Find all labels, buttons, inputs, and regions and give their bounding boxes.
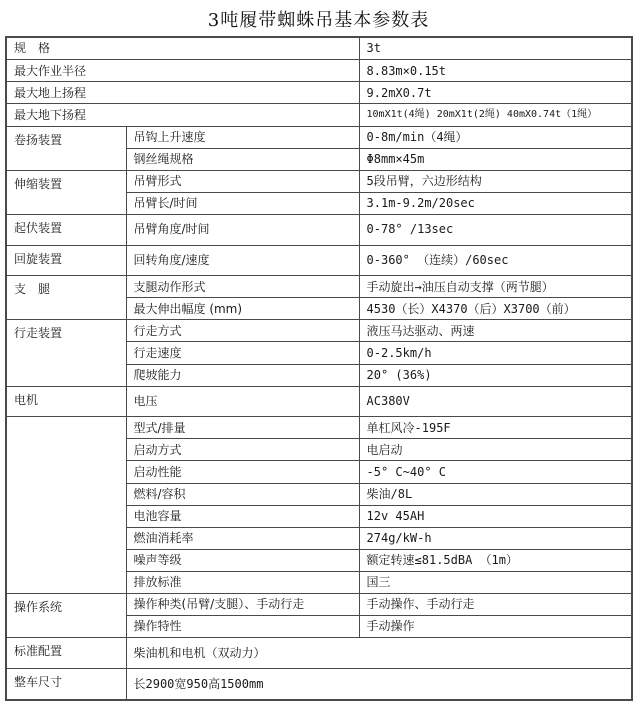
spec-value-cell: 9.2mX0.7t — [359, 82, 632, 104]
table-row: 规 格 3t — [6, 37, 632, 60]
spec-value-cell: 4530（长）X4370（后）X3700（前） — [359, 298, 632, 320]
spec-label-cell: 最大伸出幅度 (mm) — [126, 298, 359, 320]
spec-label-cell: 钢丝绳规格 — [126, 148, 359, 170]
spec-label-cell: 最大作业半径 — [6, 60, 359, 82]
spec-group-cell: 伸缩装置 — [6, 170, 126, 214]
spec-label-cell: 排放标准 — [126, 571, 359, 593]
spec-label-cell: 操作种类(吊臂/支腿）、手动行走 — [126, 593, 359, 615]
table-row: 型式/排量 单杠风冷-195F — [6, 417, 632, 439]
spec-value-cell: 274g/kW-h — [359, 527, 632, 549]
spec-value-cell: 20° (36%) — [359, 364, 632, 386]
spec-value-cell: 3t — [359, 37, 632, 60]
spec-value-cell: 电启动 — [359, 439, 632, 461]
spec-value-cell: 0-78° /13sec — [359, 214, 632, 245]
table-row: 标准配置 柴油机和电机（双动力） — [6, 638, 632, 669]
spec-value-cell: 10mX1t(4绳) 20mX1t(2绳) 40mX0.74t（1绳） — [359, 104, 632, 126]
table-row: 回旋装置 回转角度/速度 0-360° （连续）/60sec — [6, 245, 632, 276]
spec-group-cell: 整车尺寸 — [6, 668, 126, 700]
spec-label-cell: 吊钩上升速度 — [126, 126, 359, 148]
spec-group-cell: 行走装置 — [6, 320, 126, 386]
table-row: 最大地下扬程 10mX1t(4绳) 20mX1t(2绳) 40mX0.74t（1… — [6, 104, 632, 126]
spec-label-cell: 吊臂角度/时间 — [126, 214, 359, 245]
spec-label-cell: 燃油消耗率 — [126, 527, 359, 549]
spec-value-cell: 5段吊臂，六边形结构 — [359, 170, 632, 192]
spec-group-cell: 支 腿 — [6, 276, 126, 320]
spec-value-cell: 额定转速≤81.5dBA （1m） — [359, 549, 632, 571]
table-row: 操作系统 操作种类(吊臂/支腿）、手动行走 手动操作、手动行走 — [6, 593, 632, 615]
spec-value-cell: 长2900宽950高1500mm — [126, 668, 632, 700]
spec-label-cell: 回转角度/速度 — [126, 245, 359, 276]
spec-label-cell: 型式/排量 — [126, 417, 359, 439]
spec-value-cell: 单杠风冷-195F — [359, 417, 632, 439]
spec-value-cell: 0-360° （连续）/60sec — [359, 245, 632, 276]
spec-value-cell: 柴油/8L — [359, 483, 632, 505]
spec-label-cell: 电压 — [126, 386, 359, 417]
spec-group-cell: 电机 — [6, 386, 126, 417]
page-title: 3吨履带蜘蛛吊基本参数表 — [0, 0, 637, 36]
spec-label-cell: 爬坡能力 — [126, 364, 359, 386]
spec-label-cell: 噪声等级 — [126, 549, 359, 571]
spec-value-cell: AC380V — [359, 386, 632, 417]
spec-label-cell: 行走速度 — [126, 342, 359, 364]
spec-value-cell: Φ8mm×45m — [359, 148, 632, 170]
spec-value-cell: 0-2.5km/h — [359, 342, 632, 364]
spec-label-cell: 最大地上扬程 — [6, 82, 359, 104]
table-row: 卷扬装置 吊钩上升速度 0-8m/min（4绳） — [6, 126, 632, 148]
spec-label-cell: 行走方式 — [126, 320, 359, 342]
table-row: 伸缩装置 吊臂形式 5段吊臂，六边形结构 — [6, 170, 632, 192]
spec-value-cell: 8.83m×0.15t — [359, 60, 632, 82]
spec-group-cell: 卷扬装置 — [6, 126, 126, 170]
spec-label-cell: 吊臂形式 — [126, 170, 359, 192]
spec-table: 规 格 3t 最大作业半径 8.83m×0.15t 最大地上扬程 9.2mX0.… — [5, 36, 633, 701]
spec-label-cell: 规 格 — [6, 37, 359, 60]
spec-value-cell: 手动操作、手动行走 — [359, 593, 632, 615]
spec-group-cell: 回旋装置 — [6, 245, 126, 276]
spec-value-cell: 手动操作 — [359, 616, 632, 638]
spec-group-cell — [6, 417, 126, 594]
table-row: 整车尺寸 长2900宽950高1500mm — [6, 668, 632, 700]
spec-label-cell: 启动方式 — [126, 439, 359, 461]
table-row: 电机 电压 AC380V — [6, 386, 632, 417]
spec-value-cell: 液压马达驱动、两速 — [359, 320, 632, 342]
table-row: 最大作业半径 8.83m×0.15t — [6, 60, 632, 82]
spec-label-cell: 电池容量 — [126, 505, 359, 527]
spec-value-cell: 3.1m-9.2m/20sec — [359, 192, 632, 214]
spec-label-cell: 支腿动作形式 — [126, 276, 359, 298]
spec-group-cell: 操作系统 — [6, 593, 126, 637]
spec-label-cell: 吊臂长/时间 — [126, 192, 359, 214]
table-row: 起伏装置 吊臂角度/时间 0-78° /13sec — [6, 214, 632, 245]
spec-label-cell: 最大地下扬程 — [6, 104, 359, 126]
spec-group-cell: 起伏装置 — [6, 214, 126, 245]
spec-label-cell: 启动性能 — [126, 461, 359, 483]
spec-value-cell: 手动旋出→油压自动支撑（两节腿） — [359, 276, 632, 298]
table-row: 支 腿 支腿动作形式 手动旋出→油压自动支撑（两节腿） — [6, 276, 632, 298]
spec-value-cell: 柴油机和电机（双动力） — [126, 638, 632, 669]
spec-value-cell: -5° C~40° C — [359, 461, 632, 483]
table-row: 最大地上扬程 9.2mX0.7t — [6, 82, 632, 104]
spec-value-cell: 国三 — [359, 571, 632, 593]
spec-group-cell: 标准配置 — [6, 638, 126, 669]
spec-value-cell: 12v 45AH — [359, 505, 632, 527]
spec-label-cell: 操作特性 — [126, 616, 359, 638]
spec-value-cell: 0-8m/min（4绳） — [359, 126, 632, 148]
table-row: 行走装置 行走方式 液压马达驱动、两速 — [6, 320, 632, 342]
spec-label-cell: 燃料/容积 — [126, 483, 359, 505]
